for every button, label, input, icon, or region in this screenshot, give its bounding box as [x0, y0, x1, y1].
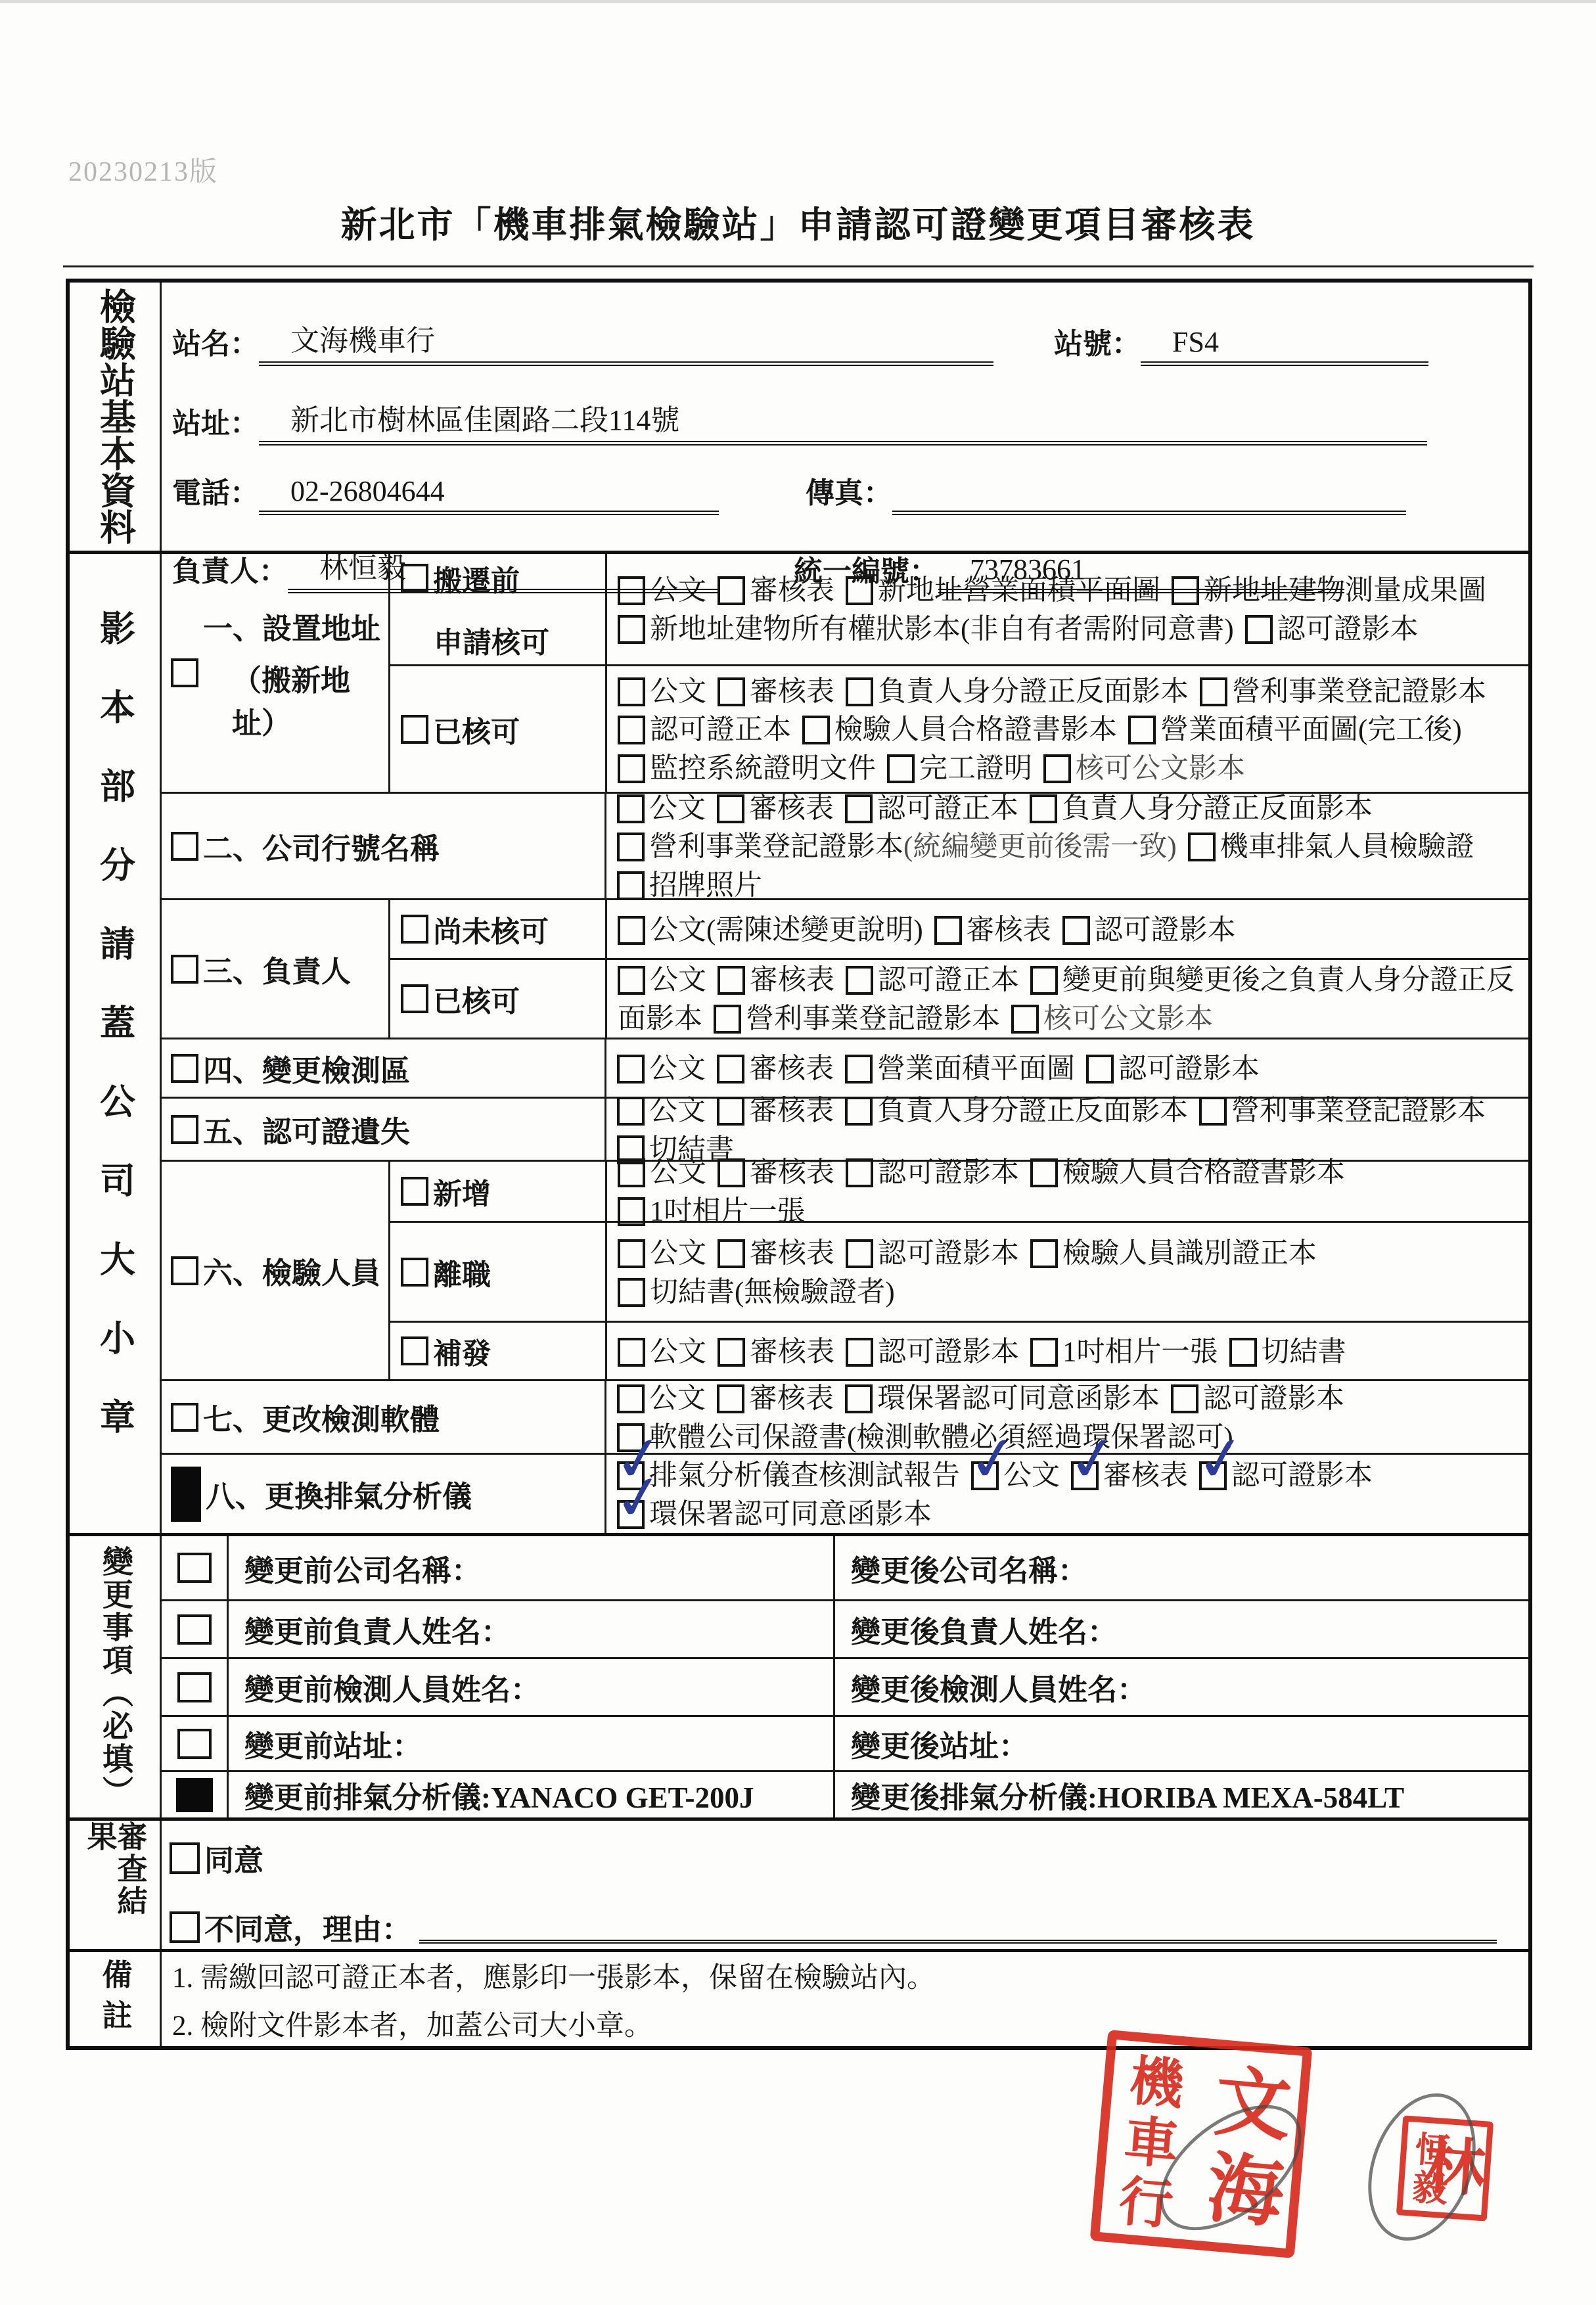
category-label: 六、檢驗人員: [203, 1249, 380, 1292]
sub-option-line: 補發: [401, 1330, 491, 1372]
item-label: 認可證正本: [650, 715, 791, 746]
checklist-item[interactable]: 審核表: [718, 672, 834, 710]
item-label-suffix: (統編變更前後需一致): [903, 832, 1177, 863]
sub-row: 搬遷前申請核可公文審核表新地址營業面積平面圖新地址建物測量成果圖新地址建物所有權…: [390, 554, 1528, 664]
item-label: 審核表: [750, 1336, 834, 1367]
item-checkbox[interactable]: [714, 1005, 741, 1034]
item-label: 公文: [650, 1158, 706, 1189]
category-checkbox[interactable]: [171, 1115, 198, 1144]
checklist-item[interactable]: 公文: [618, 960, 706, 999]
item-checkbox[interactable]: [1062, 916, 1090, 945]
item-label: 營業面積平面圖(完工後): [1160, 715, 1462, 746]
checklist-flow: 公文審核表環保署認可同意函影本認可證影本軟體公司保證書(檢測軟體必須經過環保署認…: [617, 1379, 1522, 1455]
sub-row: 尚未核可公文(需陳述變更說明)審核表認可證影本: [390, 900, 1528, 958]
section-header-photocopy: 影本部分請蓋公司大小章: [70, 554, 162, 1533]
photocopy-row: 六、檢驗人員新增公文審核表認可證影本檢驗人員合格證書影本1吋相片一張離職公文審核…: [162, 1160, 1528, 1379]
item-label: 審核表: [749, 793, 834, 824]
category-checkbox[interactable]: [171, 658, 198, 687]
checklist-item[interactable]: ✓環保署認可同意函影本: [617, 1494, 932, 1533]
category-checkbox[interactable]: [171, 1256, 198, 1285]
checklist-item[interactable]: 負責人身分證正反面影本: [1030, 788, 1373, 827]
checklist-item[interactable]: 審核表: [717, 1379, 834, 1417]
checklist-item[interactable]: 公文: [617, 788, 706, 827]
sub-option-label: 新增: [433, 1170, 491, 1212]
checklist-flow: 公文審核表負責人身分證正反面影本營利事業登記證影本認可證正本檢驗人員合格證書影本…: [618, 672, 1522, 787]
item-checkbox[interactable]: [617, 794, 645, 823]
checklist-flow: 公文審核表認可證影本檢驗人員識別證正本切結書(無檢驗證者): [618, 1233, 1522, 1310]
photocopy-row: 二、公司行號名稱公文審核表認可證正本負責人身分證正反面影本營利事業登記證影本(統…: [162, 792, 1528, 898]
checklist-item[interactable]: 公文: [617, 1091, 706, 1130]
checklist-item[interactable]: 認可證正本: [845, 788, 1018, 827]
item-checkbox[interactable]: [618, 1338, 645, 1367]
checklist-item[interactable]: 切結書: [1229, 1332, 1346, 1371]
item-label: 機車排氣人員檢驗證: [1220, 832, 1474, 863]
disagree-checkbox[interactable]: [170, 1911, 200, 1943]
notes-body: 1. 需繳回認可證正本者，應影印一張影本，保留在檢驗站內。 2. 檢附文件影本者…: [162, 1952, 1528, 2046]
item-label: 營利事業登記證影本: [746, 1004, 1000, 1035]
item-checkbox[interactable]: [846, 677, 873, 706]
checklist-flow: 公文審核表認可證正本變更前與變更後之負責人身分證正反面影本營利事業登記證影本核可…: [618, 960, 1522, 1037]
checklist-item[interactable]: 營利事業登記證影本: [1200, 672, 1486, 710]
item-checkbox[interactable]: [717, 794, 744, 823]
station-address-row: 站址： 新北市樹林區佳園路二段114號: [172, 396, 1516, 445]
item-checkbox[interactable]: [846, 576, 873, 605]
item-checkbox[interactable]: [617, 1384, 645, 1413]
photocopy-rows: 一、設置地址（搬新地址）搬遷前申請核可公文審核表新地址營業面積平面圖新地址建物測…: [162, 554, 1528, 1533]
checklist-item[interactable]: 審核表: [718, 570, 834, 609]
sub-row: 離職公文審核表認可證影本檢驗人員識別證正本切結書(無檢驗證者): [390, 1221, 1528, 1321]
item-label: 公文: [649, 1054, 706, 1085]
item-label: 審核表: [750, 965, 834, 996]
item-label: 新地址營業面積平面圖: [878, 576, 1160, 606]
checklist-item[interactable]: 新地址建物所有權狀影本(非自有者需附同意書): [618, 609, 1234, 648]
item-checkbox[interactable]: [618, 1239, 645, 1268]
category-label-lines: 三、負責人: [203, 947, 351, 990]
category-checkbox[interactable]: [171, 1403, 198, 1432]
item-checkbox[interactable]: [617, 1097, 645, 1126]
section-header-station-info: 檢驗站基本資料: [70, 283, 162, 551]
category-checkbox[interactable]: [171, 832, 198, 861]
change-row: 變更前公司名稱：變更後公司名稱：: [162, 1536, 1528, 1599]
checklist-item[interactable]: 核可公文影本: [1043, 748, 1245, 787]
change-row-checkbox[interactable]: [177, 1729, 212, 1759]
sub-row: 補發公文審核表認可證影本1吋相片一張切結書: [390, 1321, 1528, 1379]
item-checkbox[interactable]: [617, 1055, 645, 1084]
item-checkbox[interactable]: [718, 966, 745, 995]
item-label: 切結書: [1262, 1336, 1346, 1367]
category-label-lines: 二、公司行號名稱: [203, 825, 440, 867]
item-checkbox[interactable]: [1011, 1005, 1039, 1034]
sub-option-line: 搬遷前: [401, 557, 549, 599]
item-checkbox[interactable]: [618, 677, 645, 706]
sub-rows: 尚未核可公文(需陳述變更說明)審核表認可證影本已核可公文審核表認可證正本變更前與…: [390, 900, 1528, 1038]
item-label: 審核表: [1103, 1460, 1188, 1491]
checklist-item[interactable]: 1吋相片一張: [1030, 1332, 1218, 1371]
item-label: 監控系統證明文件: [650, 753, 876, 784]
item-label: 排氣分析儀查核測試報告: [649, 1460, 960, 1491]
item-checkbox[interactable]: [618, 754, 645, 783]
item-checkbox[interactable]: [1030, 1239, 1058, 1268]
item-checkbox[interactable]: [845, 1055, 873, 1084]
item-checkbox[interactable]: [717, 1097, 744, 1126]
item-checkbox[interactable]: [1171, 1384, 1198, 1413]
item-label: 檢驗人員合格證書影本: [1062, 1158, 1345, 1189]
item-label: 認可證影本: [1203, 1383, 1344, 1414]
checklist-item[interactable]: 審核表: [717, 1049, 834, 1087]
disagree-reason-blank[interactable]: [419, 1940, 1497, 1944]
sub-row: 新增公文審核表認可證影本檢驗人員合格證書影本1吋相片一張: [390, 1162, 1528, 1221]
review-form-table: 檢驗站基本資料 站名： 文海機車行 站號： FS4 站址： 新北市樹林區佳園路二…: [66, 279, 1532, 2050]
sub-option-inner: 已核可: [401, 978, 520, 1020]
sub-option-checkbox[interactable]: [401, 915, 428, 944]
item-label: 營業面積平面圖: [877, 1054, 1075, 1085]
top-rule: [63, 265, 1534, 267]
item-checkbox[interactable]: [618, 576, 645, 605]
item-label: 檢驗人員合格證書影本: [834, 715, 1117, 746]
category-checkbox[interactable]: [171, 1467, 201, 1522]
category-cell: 二、公司行號名稱: [162, 794, 606, 898]
sub-option-checkbox[interactable]: [401, 1258, 428, 1287]
item-label: 完工證明: [919, 753, 1032, 784]
section-header-station-info-label: 檢驗站基本資料: [97, 288, 133, 545]
checklist-item[interactable]: 營業面積平面圖(完工後): [1128, 710, 1462, 748]
change-after-label: 變更後檢測人員姓名：: [835, 1659, 1528, 1715]
change-row: 變更前排氣分析儀:YANACO GET-200J變更後排氣分析儀:HORIBA …: [162, 1770, 1528, 1817]
category-label: 五、認可證遺失: [203, 1108, 410, 1151]
sub-option-inner: 尚未核可: [401, 908, 549, 950]
photocopy-row: 三、負責人尚未核可公文(需陳述變更說明)審核表認可證影本已核可公文審核表認可證正…: [162, 898, 1528, 1038]
review-result-body: 同意 不同意，理由：: [162, 1821, 1528, 1949]
item-label: 切結書(無檢驗證者): [650, 1277, 895, 1308]
item-checkbox[interactable]: [618, 615, 645, 644]
item-checkbox[interactable]: [718, 1158, 745, 1187]
sub-option-line: 離職: [401, 1251, 491, 1293]
item-label: 環保署認可同意函影本: [649, 1499, 932, 1530]
agree-option: 同意: [170, 1837, 1528, 1879]
item-checkbox[interactable]: [934, 916, 962, 945]
section-header-review-result: 審查結果: [70, 1821, 162, 1949]
sub-option-inner: 離職: [401, 1251, 491, 1293]
category-cell: 五、認可證遺失: [162, 1099, 606, 1160]
checklist-item[interactable]: 公文(需陳述變更說明): [618, 910, 923, 949]
item-label: 核可公文影本: [1076, 753, 1245, 784]
checklist-item[interactable]: 監控系統證明文件: [618, 748, 876, 787]
item-label: 負責人身分證正反面影本: [877, 1095, 1188, 1126]
item-checkbox[interactable]: [617, 871, 645, 900]
sub-option-checkbox[interactable]: [401, 715, 428, 744]
checklist-item[interactable]: 審核表: [718, 1233, 834, 1272]
checklist-item[interactable]: 環保署認可同意函影本: [845, 1379, 1160, 1417]
checklist-cell: ✓排氣分析儀查核測試報告✓公文✓審核表✓認可證影本✓環保署認可同意函影本: [606, 1455, 1528, 1533]
item-checkbox[interactable]: [618, 966, 645, 995]
item-checkbox[interactable]: [1245, 615, 1273, 644]
checklist-item[interactable]: 認可證影本: [1245, 609, 1419, 648]
item-label: 認可證影本: [1118, 1054, 1260, 1085]
item-checkbox[interactable]: [1229, 1338, 1257, 1367]
change-row-checkbox[interactable]: [177, 1553, 212, 1583]
sub-option-label: 已核可: [433, 978, 520, 1020]
section-header-photocopy-label: 影本部分請蓋公司大小章: [97, 610, 133, 1477]
sub-option-checkbox[interactable]: [401, 1177, 428, 1206]
change-before-label: 變更前負責人姓名：: [229, 1601, 835, 1657]
change-row-checkbox[interactable]: [177, 1672, 212, 1702]
category-cell: 八、更換排氣分析儀: [162, 1455, 606, 1533]
checklist-cell: 公文審核表負責人身分證正反面影本營利事業登記證影本切結書: [606, 1099, 1528, 1160]
change-before-label: 變更前公司名稱：: [229, 1536, 835, 1599]
item-checkbox[interactable]: [846, 1158, 873, 1187]
checklist-item[interactable]: 檢驗人員合格證書影本: [802, 710, 1117, 748]
item-label: 營利事業登記證影本: [1231, 1095, 1486, 1126]
item-label: 公文: [649, 1095, 706, 1126]
item-checkbox[interactable]: ✓: [617, 1500, 645, 1529]
checklist-item[interactable]: 負責人身分證正反面影本: [846, 672, 1189, 710]
change-checkbox-cell: [162, 1717, 229, 1770]
version-note: 20230213版: [68, 150, 218, 189]
item-checkbox[interactable]: [887, 754, 915, 783]
checklist-item[interactable]: 審核表: [718, 1332, 834, 1371]
item-checkbox[interactable]: [846, 966, 873, 995]
checklist-item[interactable]: 核可公文影本: [1011, 999, 1213, 1038]
sub-rows: 新增公文審核表認可證影本檢驗人員合格證書影本1吋相片一張離職公文審核表認可證影本…: [390, 1162, 1528, 1379]
category-inner: 二、公司行號名稱: [171, 825, 440, 867]
item-label: 檢驗人員識別證正本: [1062, 1238, 1317, 1269]
category-cell: 三、負責人: [162, 900, 390, 1038]
sub-option-cell: 尚未核可: [390, 900, 607, 958]
item-checkbox[interactable]: [1030, 1338, 1058, 1367]
item-label: 審核表: [749, 1383, 834, 1414]
item-checkbox[interactable]: [718, 1338, 745, 1367]
item-checkbox[interactable]: [1188, 833, 1216, 861]
item-checkbox[interactable]: [718, 1239, 745, 1268]
item-checkbox[interactable]: [618, 716, 645, 744]
item-checkbox[interactable]: [1128, 716, 1156, 744]
checklist-item[interactable]: 營業面積平面圖: [845, 1049, 1075, 1087]
checklist-item[interactable]: 公文: [618, 1233, 706, 1272]
item-checkbox[interactable]: [1030, 966, 1058, 995]
item-label: 公文: [1003, 1460, 1060, 1491]
checklist-cell: 公文審核表認可證影本1吋相片一張切結書: [607, 1323, 1528, 1379]
section-header-change-items: 變更事項（必填）: [70, 1536, 162, 1817]
change-rows: 變更前公司名稱：變更後公司名稱：變更前負責人姓名：變更後負責人姓名：變更前檢測人…: [162, 1536, 1528, 1817]
checklist-item[interactable]: 認可證正本: [618, 710, 791, 748]
phone-fax-row: 電話： 02-26804644 傳真：: [172, 469, 1516, 515]
checklist-cell: 公文審核表新地址營業面積平面圖新地址建物測量成果圖新地址建物所有權狀影本(非自有…: [607, 554, 1528, 664]
sub-option-checkbox[interactable]: [401, 1336, 428, 1365]
category-cell: 一、設置地址（搬新地址）: [162, 554, 390, 792]
category-inner: 七、更改檢測軟體: [171, 1396, 440, 1438]
section-photocopy-checklist: 影本部分請蓋公司大小章 一、設置地址（搬新地址）搬遷前申請核可公文審核表新地址營…: [70, 551, 1528, 1533]
checklist-item[interactable]: 公文: [618, 1332, 706, 1371]
checklist-item[interactable]: ✓公文: [971, 1455, 1060, 1494]
change-after-label: 變更後公司名稱：: [835, 1536, 1528, 1599]
checklist-item[interactable]: 營利事業登記證影本: [1199, 1091, 1486, 1130]
item-checkbox[interactable]: ✓: [1071, 1461, 1099, 1490]
item-label: 審核表: [749, 1054, 834, 1085]
checklist-item[interactable]: ✓審核表: [1071, 1455, 1188, 1494]
change-checkbox-cell: [162, 1601, 229, 1657]
item-checkbox[interactable]: [845, 794, 873, 823]
station-name-value: 文海機車行: [259, 317, 993, 366]
category-label-lines: 五、認可證遺失: [203, 1108, 410, 1151]
section-change-items: 變更事項（必填） 變更前公司名稱：變更後公司名稱：變更前負責人姓名：變更後負責人…: [70, 1533, 1528, 1817]
item-checkbox[interactable]: [717, 1384, 744, 1413]
item-checkbox[interactable]: [845, 1384, 873, 1413]
section-station-info: 檢驗站基本資料 站名： 文海機車行 站號： FS4 站址： 新北市樹林區佳園路二…: [70, 283, 1528, 551]
item-checkbox[interactable]: ✓: [1199, 1461, 1227, 1490]
agree-checkbox[interactable]: [170, 1842, 200, 1874]
category-inner: 五、認可證遺失: [171, 1108, 410, 1151]
sub-option-label: 申請核可: [434, 619, 549, 661]
checklist-item[interactable]: 審核表: [717, 788, 834, 827]
checklist-item[interactable]: 公文: [618, 570, 706, 609]
checklist-item[interactable]: 營利事業登記證影本: [714, 999, 1000, 1038]
item-checkbox[interactable]: [846, 1338, 873, 1367]
pen-circle-over-personal-seal: [1349, 2078, 1495, 2256]
item-label: 公文: [649, 1383, 706, 1414]
checklist-item[interactable]: 認可證影本: [846, 1233, 1019, 1272]
disagree-label: 不同意，理由：: [204, 1906, 411, 1948]
sub-option-label: 離職: [433, 1251, 491, 1293]
checklist-item[interactable]: 認可證影本: [1086, 1049, 1260, 1087]
change-after-label: 變更後排氣分析儀:HORIBA MEXA-584LT: [835, 1772, 1528, 1817]
item-label: 營利事業登記證影本: [649, 832, 903, 863]
item-checkbox[interactable]: [617, 833, 645, 861]
sub-option-inner: 搬遷前申請核可: [401, 557, 549, 661]
item-label: 認可證正本: [878, 965, 1019, 996]
item-checkbox[interactable]: [1030, 1158, 1058, 1187]
sub-option-inner: 已核可: [401, 708, 520, 750]
checklist-item[interactable]: 認可證正本: [846, 960, 1019, 999]
item-checkbox[interactable]: ✓: [617, 1461, 645, 1490]
checklist-item[interactable]: 審核表: [718, 1152, 834, 1191]
photocopy-row: 一、設置地址（搬新地址）搬遷前申請核可公文審核表新地址營業面積平面圖新地址建物測…: [162, 554, 1528, 792]
checklist-item[interactable]: ✓排氣分析儀查核測試報告: [617, 1455, 960, 1494]
category-label: 二、公司行號名稱: [203, 825, 440, 867]
checklist-item[interactable]: 機車排氣人員檢驗證: [1188, 827, 1474, 865]
item-checkbox[interactable]: ✓: [971, 1461, 999, 1490]
item-label: 認可證影本: [1095, 915, 1236, 946]
change-after-label: 變更後站址：: [835, 1717, 1528, 1770]
item-checkbox[interactable]: [1030, 794, 1057, 823]
checklist-item[interactable]: 軟體公司保證書(檢測軟體必須經過環保署認可): [617, 1417, 1233, 1456]
checklist-cell: 公文審核表環保署認可同意函影本認可證影本軟體公司保證書(檢測軟體必須經過環保署認…: [606, 1381, 1528, 1453]
category-checkbox[interactable]: [171, 1054, 198, 1083]
checklist-item[interactable]: 審核表: [717, 1091, 834, 1130]
item-checkbox[interactable]: [846, 1239, 873, 1268]
checklist-item[interactable]: 公文: [617, 1049, 706, 1087]
category-label: 一、設置地址: [203, 605, 388, 647]
checklist-item[interactable]: ✓認可證影本: [1199, 1455, 1373, 1494]
category-checkbox[interactable]: [171, 955, 198, 984]
item-checkbox[interactable]: [618, 1197, 645, 1226]
sub-option-checkbox[interactable]: [401, 984, 428, 1013]
item-checkbox[interactable]: [1172, 576, 1199, 605]
item-checkbox[interactable]: [618, 1278, 645, 1307]
sub-option-label: 搬遷前: [433, 557, 520, 599]
change-checkbox-cell: [162, 1772, 229, 1817]
item-checkbox[interactable]: [718, 576, 745, 605]
item-checkbox[interactable]: [1043, 754, 1071, 783]
checklist-item[interactable]: 新地址營業面積平面圖: [846, 570, 1160, 609]
item-checkbox[interactable]: [617, 1423, 645, 1452]
checklist-item[interactable]: 公文: [618, 672, 706, 710]
section-review-result: 審查結果 同意 不同意，理由：: [70, 1817, 1528, 1949]
category-label-lines: 四、變更檢測區: [203, 1047, 410, 1089]
sub-option-checkbox[interactable]: [401, 564, 428, 593]
checklist-item[interactable]: 營利事業登記證影本(統編變更前後需一致): [617, 827, 1177, 865]
station-address-label: 站址：: [172, 399, 259, 445]
change-checkbox-cell: [162, 1536, 229, 1599]
category-inner: 四、變更檢測區: [171, 1047, 410, 1089]
checklist-item[interactable]: 負責人身分證正反面影本: [845, 1091, 1188, 1130]
item-checkbox[interactable]: [1200, 677, 1227, 706]
checklist-item[interactable]: 認可證影本: [846, 1332, 1019, 1371]
change-row-checkbox[interactable]: [176, 1778, 213, 1812]
note-item-1: 1. 需繳回認可證正本者，應影印一張影本，保留在檢驗站內。: [172, 1955, 1528, 1996]
item-label: 認可證影本: [878, 1238, 1019, 1269]
checklist-item[interactable]: 新地址建物測量成果圖: [1172, 570, 1486, 609]
checklist-item[interactable]: 認可證影本: [1062, 910, 1236, 949]
checklist-item[interactable]: 公文: [617, 1379, 706, 1417]
sub-option-inner: 補發: [401, 1330, 491, 1372]
item-label: 招牌照片: [649, 870, 762, 901]
sub-option-cell: 已核可: [390, 666, 607, 792]
checklist-item[interactable]: 認可證影本: [1171, 1379, 1344, 1417]
category-label: 四、變更檢測區: [203, 1047, 410, 1089]
item-checkbox[interactable]: [618, 1158, 645, 1187]
sub-option-cell: 補發: [390, 1323, 607, 1379]
station-info-body: 站名： 文海機車行 站號： FS4 站址： 新北市樹林區佳園路二段114號 電話…: [162, 283, 1528, 551]
checklist-item[interactable]: 公文: [618, 1152, 706, 1191]
category-cell: 四、變更檢測區: [162, 1039, 606, 1097]
checklist-item[interactable]: 完工證明: [887, 748, 1032, 787]
sub-rows: 搬遷前申請核可公文審核表新地址營業面積平面圖新地址建物測量成果圖新地址建物所有權…: [390, 554, 1528, 792]
change-row-checkbox[interactable]: [177, 1614, 212, 1645]
category-inner: 六、檢驗人員: [171, 1249, 380, 1292]
checklist-item[interactable]: 認可證影本: [846, 1152, 1019, 1191]
item-checkbox[interactable]: [845, 1097, 873, 1126]
sub-option-cell: 離職: [390, 1223, 607, 1321]
checklist-flow: 公文審核表認可證影本1吋相片一張切結書: [618, 1332, 1522, 1371]
section-header-change-items-label: 變更事項（必填）: [99, 1545, 130, 1808]
sub-option-line: 新增: [401, 1170, 491, 1212]
checklist-item[interactable]: 審核表: [718, 960, 834, 999]
checklist-cell: 公文審核表營業面積平面圖認可證影本: [606, 1039, 1528, 1097]
item-checkbox[interactable]: [717, 1055, 744, 1084]
category-label-lines: 八、更換排氣分析儀: [206, 1472, 472, 1515]
item-checkbox[interactable]: [1086, 1055, 1114, 1084]
phone-value: 02-26804644: [259, 474, 719, 515]
category-cell: 七、更改檢測軟體: [162, 1381, 606, 1453]
item-label: 公文: [650, 576, 706, 606]
checklist-item[interactable]: 審核表: [934, 910, 1051, 949]
checklist-cell: 公文審核表認可證正本變更前與變更後之負責人身分證正反面影本營利事業登記證影本核可…: [607, 960, 1528, 1038]
checklist-item[interactable]: 切結書(無檢驗證者): [618, 1272, 895, 1311]
item-label: 1吋相片一張: [1062, 1336, 1218, 1367]
item-label: 公文: [650, 1336, 706, 1367]
item-checkbox[interactable]: [618, 916, 645, 945]
item-checkbox[interactable]: [1199, 1097, 1227, 1126]
item-checkbox[interactable]: [718, 677, 745, 706]
item-label: 認可證影本: [878, 1158, 1019, 1189]
section-notes: 備註 1. 需繳回認可證正本者，應影印一張影本，保留在檢驗站內。 2. 檢附文件…: [70, 1949, 1528, 2046]
photocopy-row: 七、更改檢測軟體公文審核表環保署認可同意函影本認可證影本軟體公司保證書(檢測軟體…: [162, 1379, 1528, 1453]
item-label: 公文: [650, 965, 706, 996]
item-checkbox[interactable]: [802, 716, 830, 744]
note-item-2: 2. 檢附文件影本者，加蓋公司大小章。: [172, 2003, 1528, 2043]
checklist-item[interactable]: 檢驗人員識別證正本: [1030, 1233, 1317, 1272]
checklist-item[interactable]: 檢驗人員合格證書影本: [1030, 1152, 1345, 1191]
